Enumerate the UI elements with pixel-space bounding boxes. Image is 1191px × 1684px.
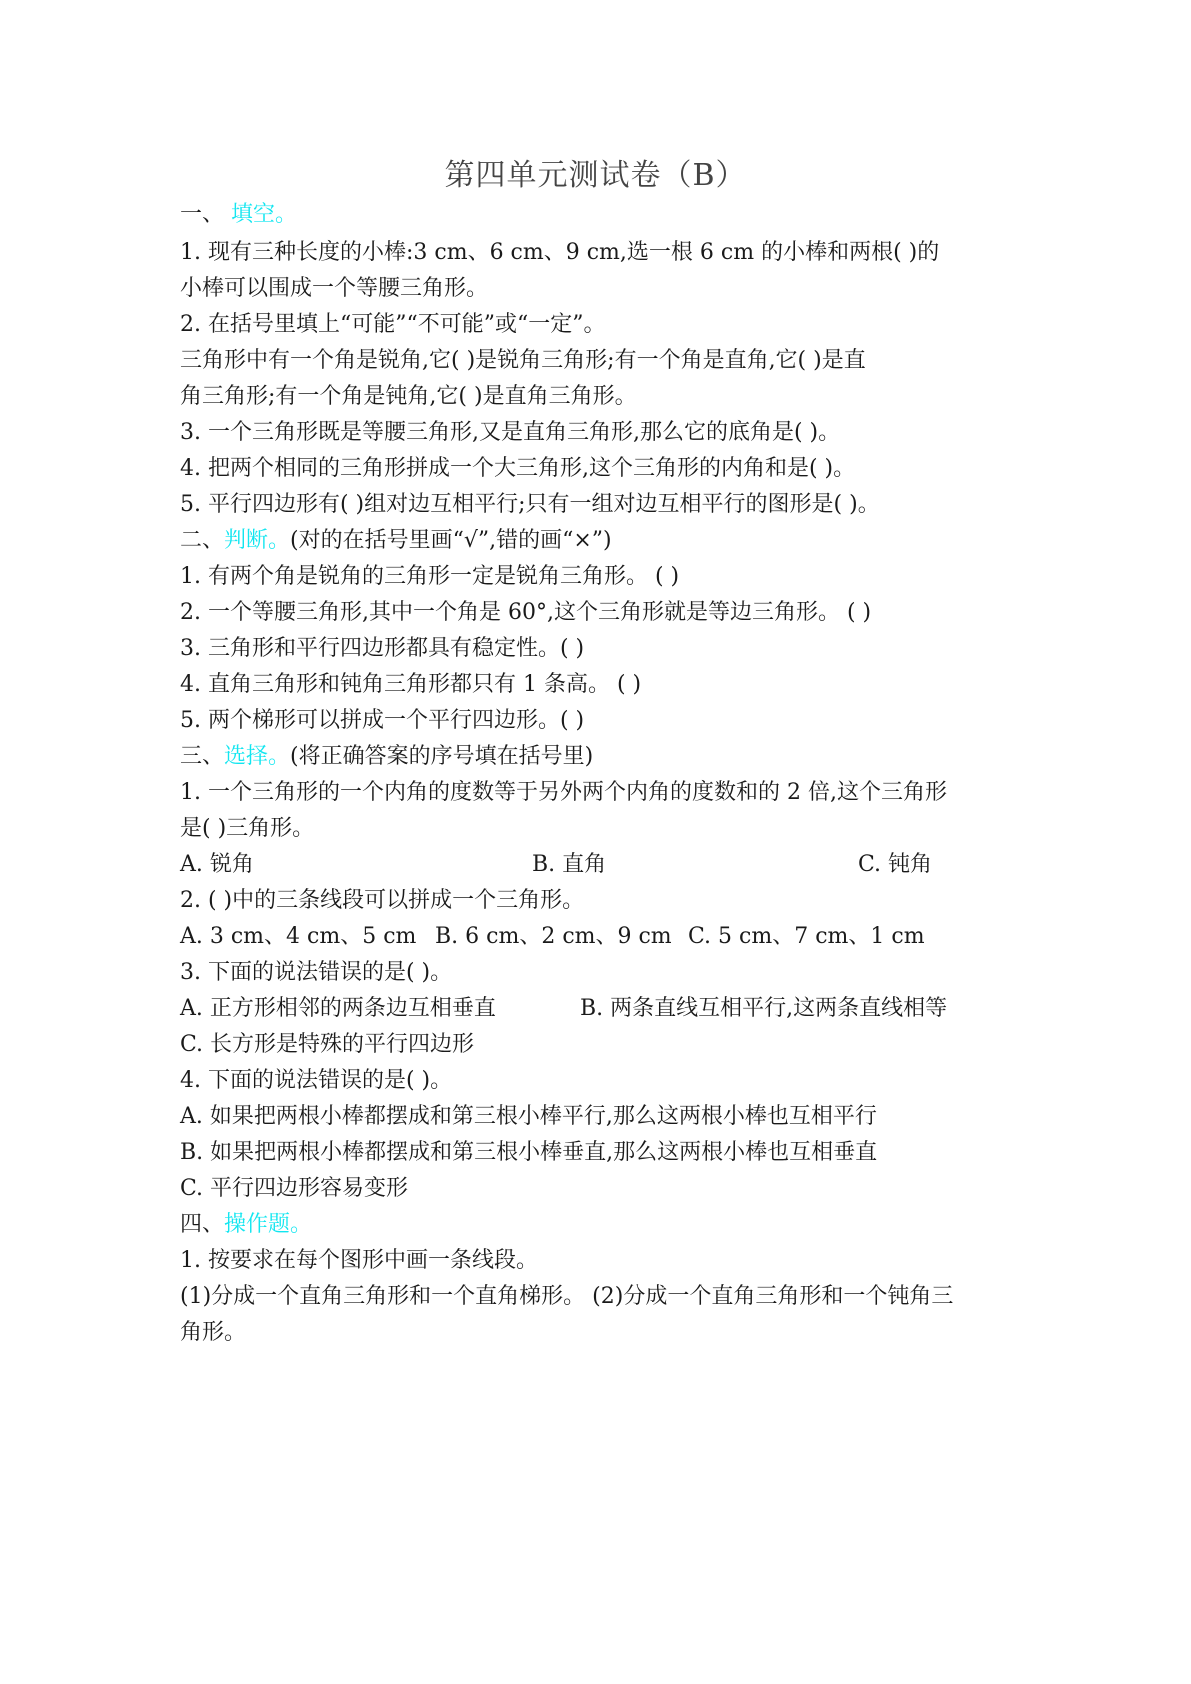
question: 角形。 (180, 1318, 246, 1348)
question: 1. 有两个角是锐角的三角形一定是锐角三角形。 ( ) (180, 562, 679, 592)
section-1-header: 一、 填空。 (180, 200, 297, 230)
question: 小棒可以围成一个等腰三角形。 (180, 274, 488, 304)
question: (1)分成一个直角三角形和一个直角梯形。 (2)分成一个直角三角形和一个钝角三 (180, 1282, 953, 1312)
section-note: (将正确答案的序号填在括号里) (290, 744, 593, 769)
question: 1. 按要求在每个图形中画一条线段。 (180, 1246, 538, 1276)
option-c: C. 长方形是特殊的平行四边形 (180, 1030, 474, 1060)
section-heading: 填空。 (231, 202, 297, 227)
page-title: 第四单元测试卷（B） (0, 150, 1191, 194)
section-heading: 判断。 (224, 528, 290, 553)
option-c: C. 平行四边形容易变形 (180, 1174, 408, 1204)
section-number: 四、 (180, 1212, 224, 1237)
option-a: A. 如果把两根小棒都摆成和第三根小棒平行,那么这两根小棒也互相平行 (180, 1102, 877, 1132)
option-c: C. 钝角 (858, 850, 932, 880)
question: 1. 现有三种长度的小棒:3 cm、6 cm、9 cm,选一根 6 cm 的小棒… (180, 238, 939, 268)
section-2-header: 二、判断。(对的在括号里画“√”,错的画“×”) (180, 526, 612, 556)
option-a: A. 正方形相邻的两条边互相垂直 (180, 994, 496, 1024)
section-number: 一、 (180, 202, 224, 227)
question: 5. 平行四边形有( )组对边互相平行;只有一组对边互相平行的图形是( )。 (180, 490, 880, 520)
question: 角三角形;有一个角是钝角,它( )是直角三角形。 (180, 382, 637, 412)
option-a: A. 3 cm、4 cm、5 cm (180, 922, 416, 952)
option-b: B. 如果把两根小棒都摆成和第三根小棒垂直,那么这两根小棒也互相垂直 (180, 1138, 877, 1168)
question: 2. ( )中的三条线段可以拼成一个三角形。 (180, 886, 584, 916)
question: 1. 一个三角形的一个内角的度数等于另外两个内角的度数和的 2 倍,这个三角形 (180, 778, 947, 808)
section-number: 三、 (180, 744, 224, 769)
question: 4. 直角三角形和钝角三角形都只有 1 条高。 ( ) (180, 670, 641, 700)
question: 5. 两个梯形可以拼成一个平行四边形。( ) (180, 706, 584, 736)
section-note: (对的在括号里画“√”,错的画“×”) (290, 528, 612, 553)
section-heading: 选择。 (224, 744, 290, 769)
option-c: C. 5 cm、7 cm、1 cm (688, 922, 925, 952)
question: 三角形中有一个角是锐角,它( )是锐角三角形;有一个角是直角,它( )是直 (180, 346, 866, 376)
worksheet-page: 第四单元测试卷（B） 一、 填空。 1. 现有三种长度的小棒:3 cm、6 cm… (0, 0, 1191, 1684)
question: 是( )三角形。 (180, 814, 314, 844)
section-heading: 操作题。 (224, 1212, 312, 1237)
question: 2. 一个等腰三角形,其中一个角是 60°,这个三角形就是等边三角形。 ( ) (180, 598, 871, 628)
option-b: B. 6 cm、2 cm、9 cm (435, 922, 672, 952)
option-a: A. 锐角 (180, 850, 254, 880)
question: 4. 下面的说法错误的是( )。 (180, 1066, 452, 1096)
question: 4. 把两个相同的三角形拼成一个大三角形,这个三角形的内角和是( )。 (180, 454, 855, 484)
question: 3. 下面的说法错误的是( )。 (180, 958, 452, 988)
section-3-header: 三、选择。(将正确答案的序号填在括号里) (180, 742, 593, 772)
section-number: 二、 (180, 528, 224, 553)
option-b: B. 两条直线互相平行,这两条直线相等 (580, 994, 947, 1024)
question: 3. 一个三角形既是等腰三角形,又是直角三角形,那么它的底角是( )。 (180, 418, 840, 448)
section-4-header: 四、操作题。 (180, 1210, 312, 1240)
question: 3. 三角形和平行四边形都具有稳定性。( ) (180, 634, 584, 664)
option-b: B. 直角 (532, 850, 606, 880)
question: 2. 在括号里填上“可能”“不可能”或“一定”。 (180, 310, 605, 340)
